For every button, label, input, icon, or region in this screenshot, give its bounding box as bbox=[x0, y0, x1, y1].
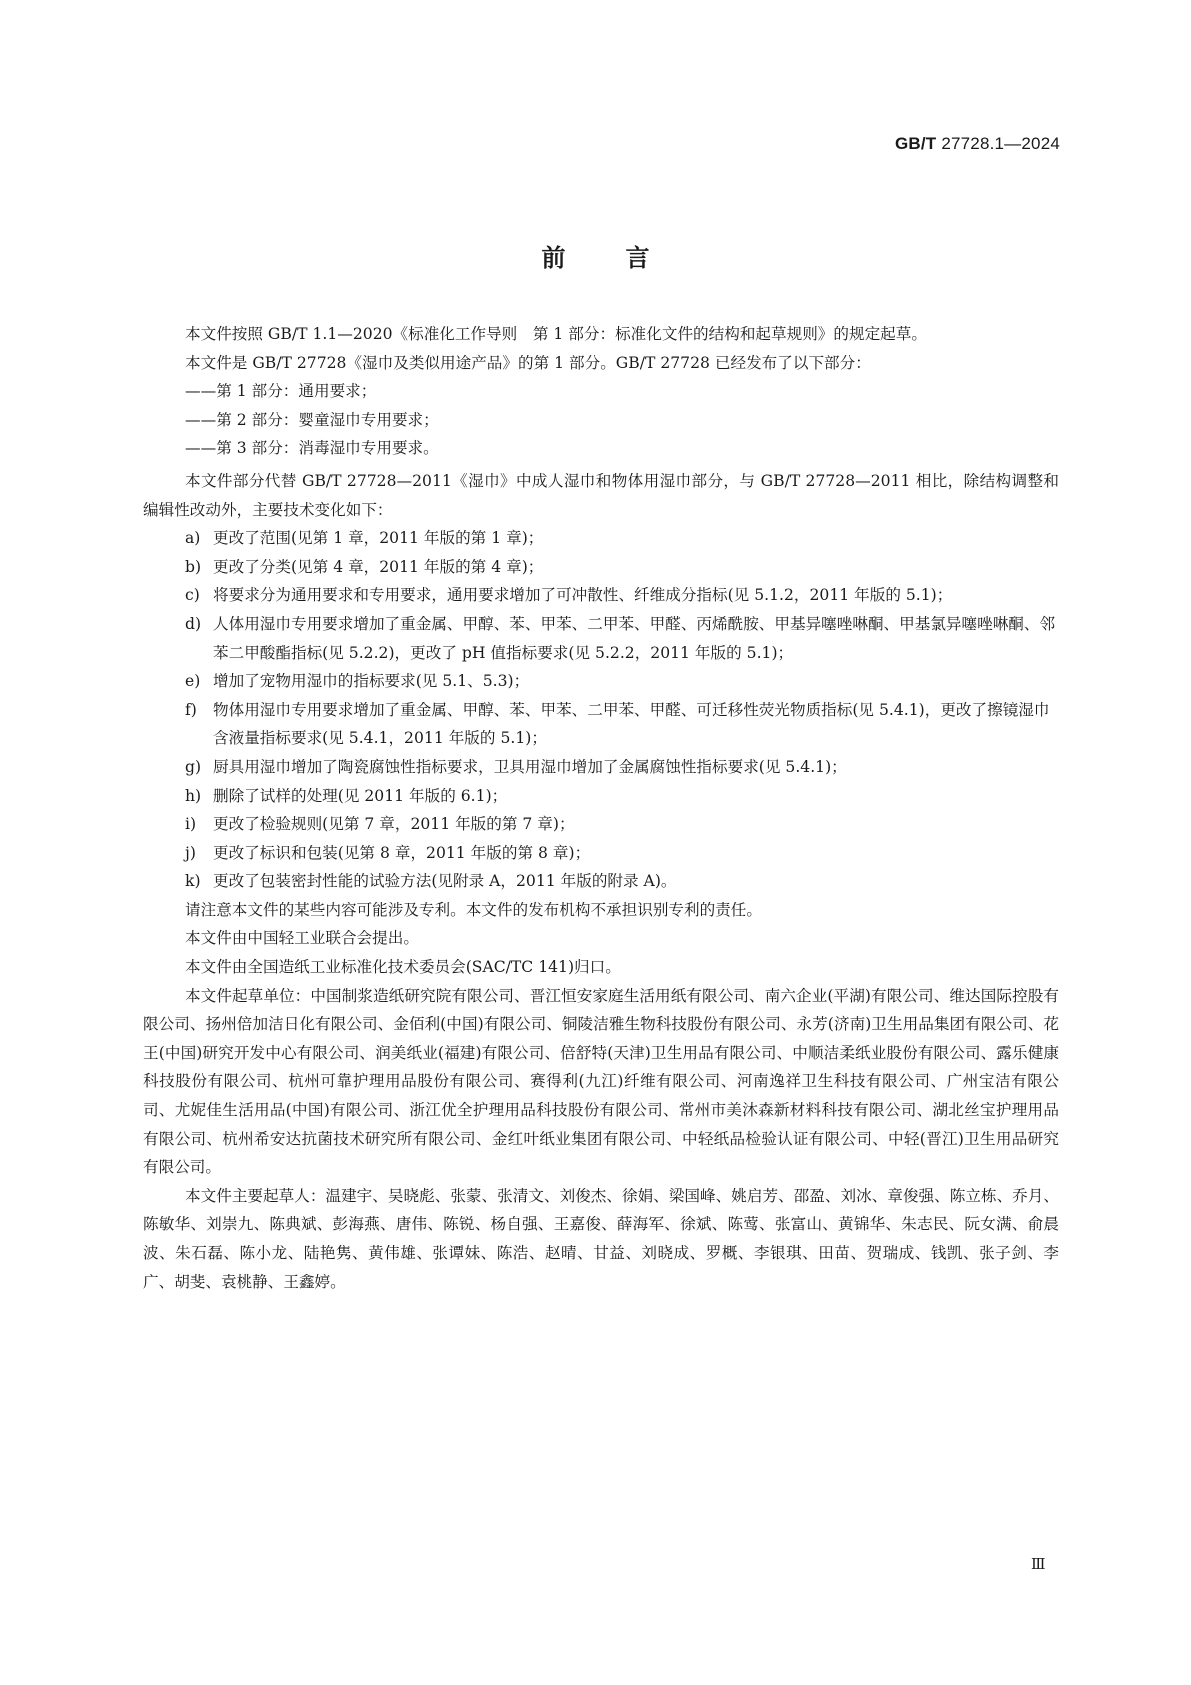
list-item-change: a)更改了范围(见第 1 章，2011 年版的第 1 章)； bbox=[143, 524, 1059, 553]
list-item-part: ——第 1 部分：通用要求； bbox=[143, 377, 1059, 406]
list-marker: a) bbox=[185, 524, 200, 553]
list-item-text: 人体用湿巾专用要求增加了重金属、甲醇、苯、甲苯、二甲苯、甲醛、丙烯酰胺、甲基异噻… bbox=[213, 615, 1055, 662]
list-item-text: 更改了包装密封性能的试验方法(见附录 A，2011 年版的附录 A)。 bbox=[213, 872, 677, 890]
paragraph-patent-notice: 请注意本文件的某些内容可能涉及专利。本文件的发布机构不承担识别专利的责任。 bbox=[143, 896, 1059, 925]
list-marker: b) bbox=[185, 553, 201, 582]
page-title: 前言 bbox=[0, 238, 1191, 273]
list-marker: k) bbox=[185, 867, 201, 896]
list-item-text: 删除了试样的处理(见 2011 年版的 6.1)； bbox=[213, 787, 507, 805]
list-item-change: f)物体用湿巾专用要求增加了重金属、甲醇、苯、甲苯、二甲苯、甲醛、可迁移性荧光物… bbox=[143, 696, 1059, 753]
list-marker: j) bbox=[185, 839, 196, 868]
list-item-text: 更改了范围(见第 1 章，2011 年版的第 1 章)； bbox=[213, 529, 543, 547]
list-item-text: 物体用湿巾专用要求增加了重金属、甲醇、苯、甲苯、二甲苯、甲醛、可迁移性荧光物质指… bbox=[213, 701, 1050, 748]
list-item-text: 更改了标识和包装(见第 8 章，2011 年版的第 8 章)； bbox=[213, 844, 590, 862]
list-item-text: 增加了宠物用湿巾的指标要求(见 5.1、5.3)； bbox=[213, 672, 529, 690]
page-number: Ⅲ bbox=[1031, 1555, 1045, 1573]
list-marker: d) bbox=[185, 610, 201, 639]
list-marker: i) bbox=[185, 810, 196, 839]
list-item-part: ——第 3 部分：消毒湿巾专用要求。 bbox=[143, 434, 1059, 463]
list-item-part: ——第 2 部分：婴童湿巾专用要求； bbox=[143, 406, 1059, 435]
standard-prefix: GB/T bbox=[895, 134, 936, 153]
paragraph-centralized-by: 本文件由全国造纸工业标准化技术委员会(SAC/TC 141)归口。 bbox=[143, 953, 1059, 982]
list-item-change: d)人体用湿巾专用要求增加了重金属、甲醇、苯、甲苯、二甲苯、甲醛、丙烯酰胺、甲基… bbox=[143, 610, 1059, 667]
list-item-text: 厨具用湿巾增加了陶瓷腐蚀性指标要求，卫具用湿巾增加了金属腐蚀性指标要求(见 5.… bbox=[213, 758, 847, 776]
list-item-change: c)将要求分为通用要求和专用要求，通用要求增加了可冲散性、纤维成分指标(见 5.… bbox=[143, 581, 1059, 610]
list-item-change: h)删除了试样的处理(见 2011 年版的 6.1)； bbox=[143, 782, 1059, 811]
list-item-change: e)增加了宠物用湿巾的指标要求(见 5.1、5.3)； bbox=[143, 667, 1059, 696]
list-item-change: k)更改了包装密封性能的试验方法(见附录 A，2011 年版的附录 A)。 bbox=[143, 867, 1059, 896]
list-item-text: 将要求分为通用要求和专用要求，通用要求增加了可冲散性、纤维成分指标(见 5.1.… bbox=[213, 586, 952, 604]
list-marker: g) bbox=[185, 753, 201, 782]
list-item-change: b)更改了分类(见第 4 章，2011 年版的第 4 章)； bbox=[143, 553, 1059, 582]
paragraph-replacement: 本文件部分代替 GB/T 27728—2011《湿巾》中成人湿巾和物体用湿巾部分… bbox=[143, 467, 1059, 524]
list-marker: f) bbox=[185, 696, 197, 725]
list-item-change: i)更改了检验规则(见第 7 章，2011 年版的第 7 章)； bbox=[143, 810, 1059, 839]
list-item-text: 更改了分类(见第 4 章，2011 年版的第 4 章)； bbox=[213, 558, 543, 576]
standard-number: GB/T 27728.1—2024 bbox=[895, 134, 1060, 154]
paragraph-drafters: 本文件主要起草人：温建宇、吴晓彪、张蒙、张清文、刘俊杰、徐娟、梁国峰、姚启芳、邵… bbox=[143, 1182, 1059, 1296]
list-item-change: g)厨具用湿巾增加了陶瓷腐蚀性指标要求，卫具用湿巾增加了金属腐蚀性指标要求(见 … bbox=[143, 753, 1059, 782]
paragraph-drafting-units: 本文件起草单位：中国制浆造纸研究院有限公司、晋江恒安家庭生活用纸有限公司、南六企… bbox=[143, 982, 1059, 1182]
standard-code: 27728.1—2024 bbox=[941, 134, 1060, 153]
list-marker: c) bbox=[185, 581, 200, 610]
paragraph-drafting-rules: 本文件按照 GB/T 1.1—2020《标准化工作导则 第 1 部分：标准化文件… bbox=[143, 320, 1059, 349]
foreword-body: 本文件按照 GB/T 1.1—2020《标准化工作导则 第 1 部分：标准化文件… bbox=[143, 320, 1059, 1296]
list-marker: h) bbox=[185, 782, 201, 811]
list-marker: e) bbox=[185, 667, 200, 696]
paragraph-series-intro: 本文件是 GB/T 27728《湿巾及类似用途产品》的第 1 部分。GB/T 2… bbox=[143, 349, 1059, 378]
paragraph-proposed-by: 本文件由中国轻工业联合会提出。 bbox=[143, 924, 1059, 953]
list-item-text: 更改了检验规则(见第 7 章，2011 年版的第 7 章)； bbox=[213, 815, 575, 833]
list-item-change: j)更改了标识和包装(见第 8 章，2011 年版的第 8 章)； bbox=[143, 839, 1059, 868]
